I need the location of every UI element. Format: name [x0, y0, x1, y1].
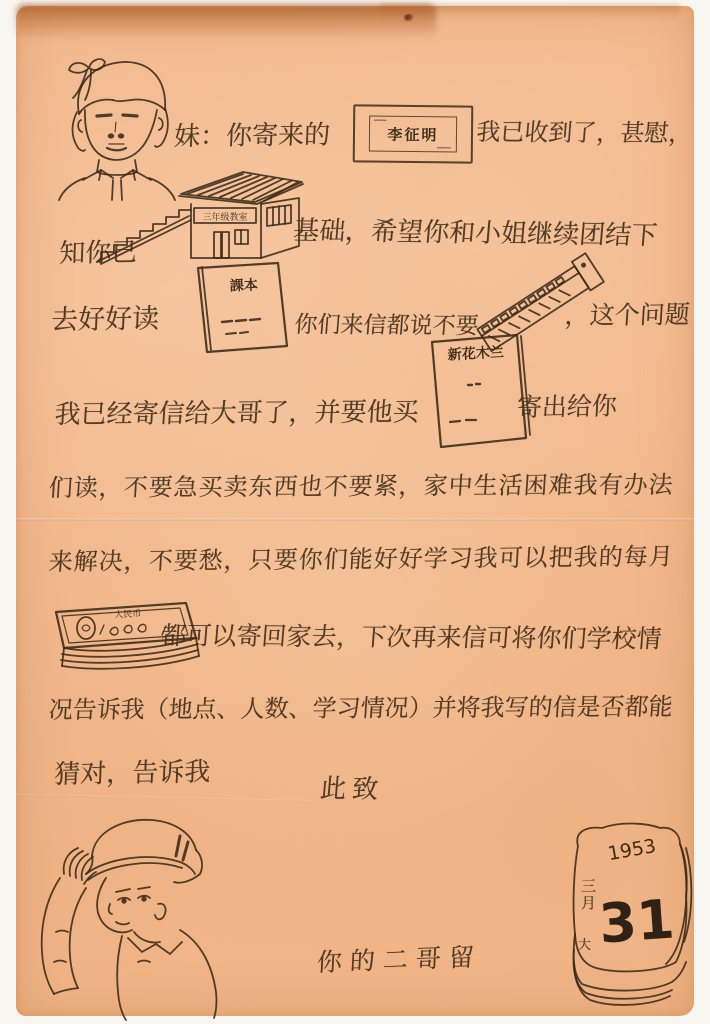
line-6-text: 来解决，不要愁，只要你们能好好学习我可以把我的每月	[48, 537, 675, 577]
calendar-icon: 1953 31	[548, 818, 706, 1020]
fold-crease	[16, 518, 694, 521]
paper-stain-top-right	[380, 4, 680, 19]
envelope-dash	[437, 147, 451, 148]
textbook-icon: 課本	[188, 260, 296, 355]
saluting-child-icon	[30, 812, 270, 1022]
paper-stain-top-left	[16, 4, 436, 40]
textbook-label: 課本	[230, 277, 259, 295]
line-8-text: 况告诉我（地点、人数、学习情况）并将我写的信是否都能	[48, 687, 674, 725]
banknote-label: 人民币	[114, 607, 142, 620]
letter-photo: 妹：你寄来的 李征明 我已收到了，甚慰， 三年级教室 知你已	[0, 0, 710, 1024]
line-5-text: 们读，不要急买卖东西也不要紧，家中生活困难我有办法	[48, 465, 675, 503]
calendar-month-size: 大	[578, 934, 591, 953]
storybook-label: 新花木兰	[447, 344, 504, 364]
calendar-year: 1953	[606, 835, 657, 865]
envelope-icon: 李征明	[353, 104, 474, 163]
signature-text: 你的二哥留	[316, 937, 483, 979]
line-3-text-post: ，这个问题	[564, 295, 691, 332]
line-4-text-post: 寄出给你	[516, 386, 618, 424]
school-sign-text: 三年级教室	[202, 211, 247, 223]
line-2-text-post: 基础，希望你和小姐继续团结下	[292, 210, 659, 252]
envelope-name-text: 李征明	[387, 123, 438, 145]
calendar-day: 31	[597, 888, 676, 956]
line-2-text-pre: 知你已	[59, 232, 138, 270]
line-4-text-pre: 我已经寄信给大哥了，并要他买	[54, 391, 420, 431]
line-1-text-post: 我已收到了，甚慰，	[475, 112, 694, 148]
line-3-text-pre: 去好好读	[51, 296, 160, 337]
closing-text: 此致	[319, 768, 386, 806]
envelope-dash	[374, 120, 386, 121]
line-7-text: 都可以寄回家去，下次再来信可将你们学校情	[160, 616, 663, 655]
line-1-text-pre: 妹：你寄来的	[173, 114, 331, 153]
calendar-month: 三月	[578, 878, 599, 912]
envelope-inner-frame: 李征明	[369, 116, 457, 153]
line-9-text: 猜对，告诉我	[54, 751, 211, 791]
